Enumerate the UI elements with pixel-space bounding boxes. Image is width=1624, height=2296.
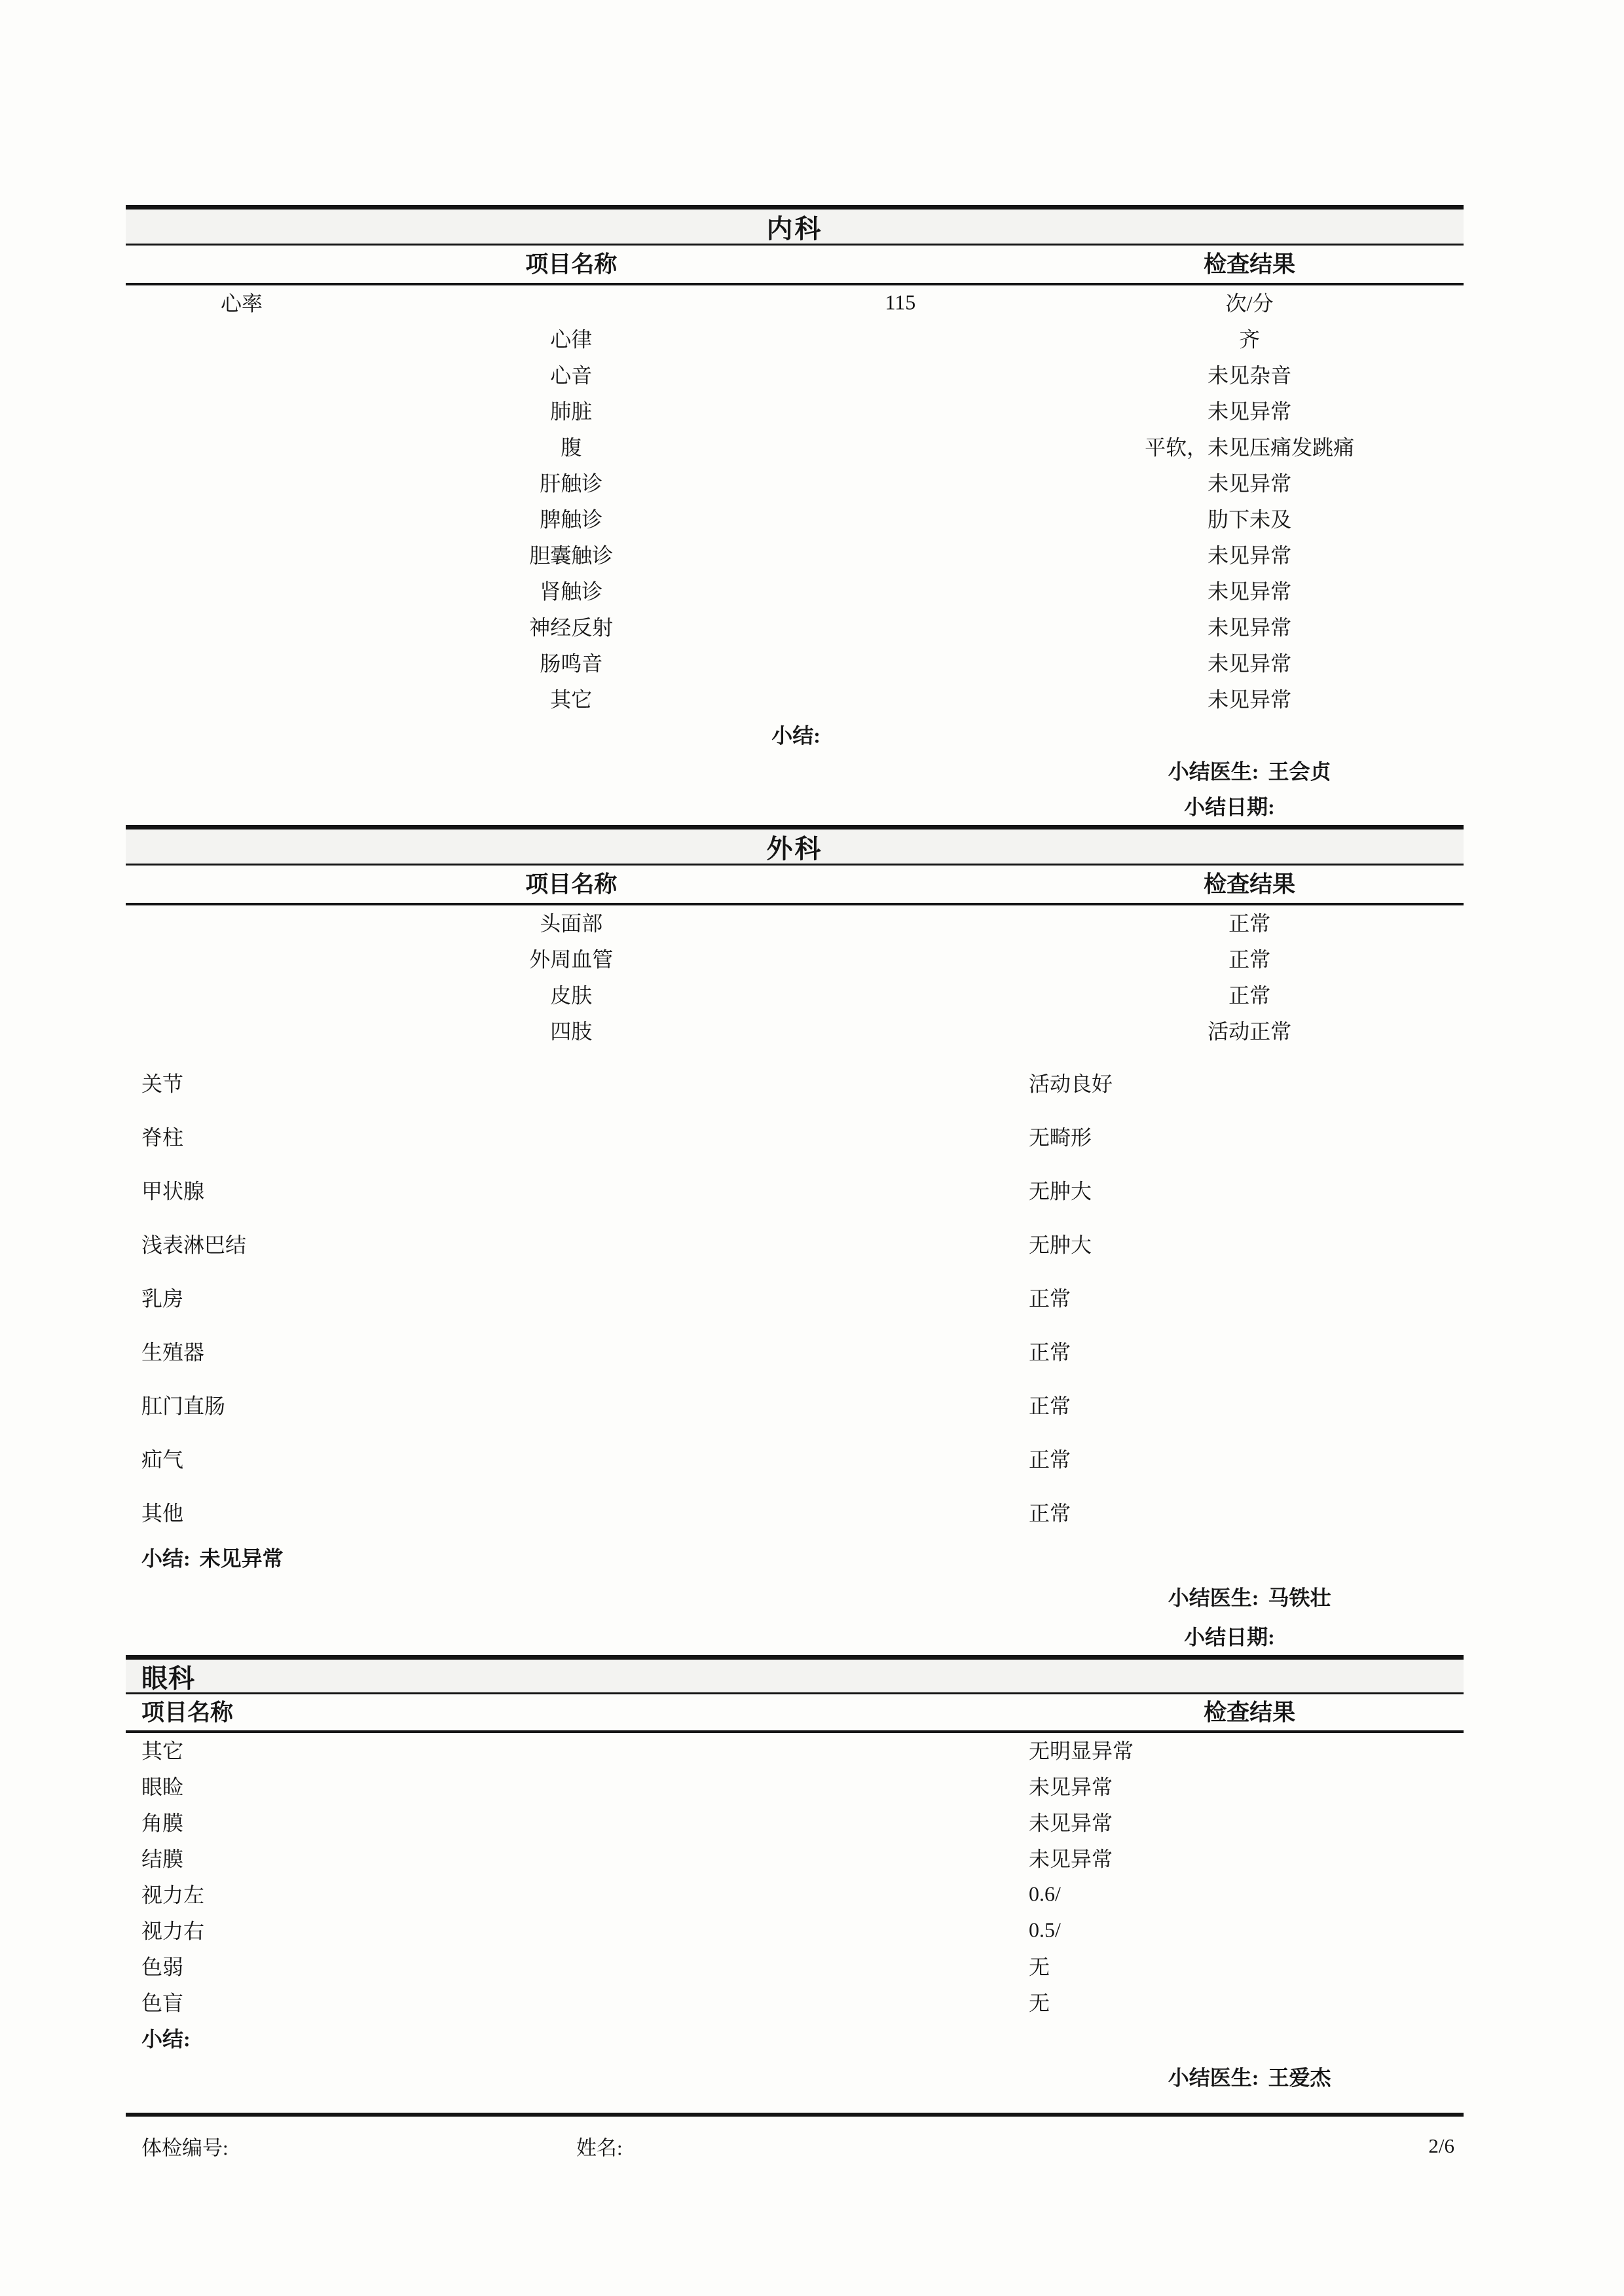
item-name: 心率: [221, 287, 263, 317]
section-title-text: 外科: [767, 828, 823, 866]
item-name: 肝触诊: [540, 467, 602, 497]
table-row: 视力右 0.5/: [126, 1913, 1464, 1949]
item-name: 肠鸣音: [540, 647, 602, 677]
item-name: 甲状腺: [141, 1175, 204, 1205]
summary-doctor-label: 小结医生:: [1168, 1586, 1259, 1610]
table-header-ophthalmology: 项目名称 检查结果: [126, 1694, 1464, 1733]
item-name: 肺脏: [550, 395, 592, 425]
table-row: 肠鸣音 未见异常: [126, 646, 1464, 682]
summary-doctor: 小结医生:王爱杰: [1168, 2062, 1331, 2092]
table-row: 肺脏 未见异常: [126, 393, 1464, 429]
summary-doctor-label: 小结医生:: [1168, 760, 1259, 784]
item-name: 浅表淋巴结: [141, 1229, 246, 1259]
table-row: 心率 115 次/分: [126, 285, 1464, 321]
item-name: 四肢: [550, 1015, 592, 1045]
item-name: 关节: [141, 1068, 183, 1098]
item-result: 未见异常: [1029, 1770, 1113, 1800]
item-name: 其他: [141, 1497, 183, 1527]
summary-date-label: 小结日期:: [1184, 1620, 1275, 1650]
summary-doctor-line: 小结医生:马铁壮: [126, 1577, 1464, 1619]
item-name: 脊柱: [141, 1121, 183, 1152]
table-row: 肝触诊 未见异常: [126, 465, 1464, 501]
item-result: 未见异常: [1029, 1806, 1113, 1836]
item-result: 无肿大: [1029, 1229, 1092, 1259]
item-result: 未见异常: [1029, 1842, 1113, 1872]
medical-report-page: 内科 项目名称 检查结果 心率 115 次/分 心律 齐 心音 未见杂音 肺脏 …: [0, 0, 1624, 2296]
item-result: 正常: [1029, 1336, 1071, 1366]
summary-line: 小结:: [126, 718, 1464, 754]
item-name: 其它: [141, 1734, 183, 1764]
summary-value: 未见异常: [200, 1547, 284, 1571]
table-row: 眼睑 未见异常: [126, 1769, 1464, 1805]
item-result: 无畸形: [1029, 1121, 1092, 1152]
page-number: 2/6: [1428, 2134, 1454, 2158]
table-row: 关节 活动良好: [126, 1057, 1464, 1111]
table-row: 胆囊触诊 未见异常: [126, 538, 1464, 574]
table-row: 肾触诊 未见异常: [126, 574, 1464, 610]
summary-doctor-name: 王会贞: [1268, 760, 1331, 784]
item-name: 肛门直肠: [141, 1390, 225, 1420]
item-result: 未见异常: [1208, 395, 1291, 425]
item-result: 正常: [1029, 1444, 1071, 1474]
table-row: 角膜 未见异常: [126, 1805, 1464, 1841]
exam-number-label: 体检编号:: [141, 2132, 229, 2161]
table-row: 皮肤 正常: [126, 977, 1464, 1013]
item-name: 头面部: [540, 907, 602, 937]
item-name: 腹: [561, 431, 581, 461]
column-header-result: 检查结果: [1204, 246, 1295, 279]
summary-date-label: 小结日期:: [1184, 791, 1275, 821]
summary-line: 小结:未见异常: [126, 1540, 1464, 1577]
table-row: 色弱 无: [126, 1949, 1464, 1985]
item-name: 眼睑: [141, 1770, 183, 1800]
item-name: 心律: [550, 323, 592, 353]
item-result: 正常: [1029, 1497, 1071, 1527]
table-row: 心律 齐: [126, 321, 1464, 357]
table-row: 结膜 未见异常: [126, 1841, 1464, 1877]
table-row: 腹 平软，未见压痛发跳痛: [126, 429, 1464, 465]
table-row: 头面部 正常: [126, 905, 1464, 941]
item-name: 外周血管: [529, 943, 613, 973]
item-result: 未见异常: [1208, 611, 1291, 641]
item-name: 心音: [550, 359, 592, 389]
page-footer: 体检编号: 姓名: 2/6: [126, 2123, 1464, 2169]
summary-date-line: 小结日期:: [126, 790, 1464, 825]
summary-line: 小结:: [126, 2021, 1464, 2058]
item-result: 肋下未及: [1208, 503, 1291, 533]
summary-doctor-name: 王爱杰: [1268, 2066, 1331, 2090]
item-result: 未见异常: [1208, 575, 1291, 605]
item-name: 视力左: [141, 1878, 204, 1908]
table-row: 神经反射 未见异常: [126, 610, 1464, 646]
summary-doctor: 小结医生:王会贞: [1168, 756, 1331, 786]
item-name: 角膜: [141, 1806, 183, 1836]
item-result: 齐: [1239, 323, 1260, 353]
summary-doctor: 小结医生:马铁壮: [1168, 1582, 1331, 1612]
table-row: 肛门直肠 正常: [126, 1379, 1464, 1433]
item-unit: 次/分: [1226, 287, 1274, 317]
table-row: 外周血管 正常: [126, 941, 1464, 977]
table-row: 浅表淋巴结 无肿大: [126, 1218, 1464, 1272]
report-content: 内科 项目名称 检查结果 心率 115 次/分 心律 齐 心音 未见杂音 肺脏 …: [126, 205, 1464, 2169]
item-result: 正常: [1029, 1283, 1071, 1313]
column-header-result: 检查结果: [1204, 1694, 1295, 1727]
table-row: 视力左 0.6/: [126, 1877, 1464, 1913]
item-name: 生殖器: [141, 1336, 204, 1366]
item-result: 无肿大: [1029, 1175, 1092, 1205]
item-result: 正常: [1029, 1390, 1071, 1420]
table-row: 其它 未见异常: [126, 682, 1464, 718]
item-result: 无明显异常: [1029, 1734, 1134, 1764]
item-name: 皮肤: [550, 979, 592, 1009]
item-result: 未见异常: [1208, 539, 1291, 569]
table-row: 乳房 正常: [126, 1272, 1464, 1326]
table-row: 脾触诊 肋下未及: [126, 501, 1464, 538]
name-label: 姓名:: [576, 2132, 623, 2161]
item-name: 结膜: [141, 1842, 183, 1872]
item-result: 无: [1029, 1986, 1050, 2016]
table-row: 脊柱 无畸形: [126, 1111, 1464, 1165]
item-name: 胆囊触诊: [529, 539, 613, 569]
summary-doctor-line: 小结医生:王爱杰: [126, 2058, 1464, 2098]
item-result: 平软，未见压痛发跳痛: [1145, 431, 1354, 461]
item-result: 无: [1029, 1950, 1050, 1980]
summary-doctor-label: 小结医生:: [1168, 2066, 1259, 2090]
table-row: 生殖器 正常: [126, 1326, 1464, 1379]
summary-label: 小结:: [141, 1547, 191, 1571]
table-row: 疝气 正常: [126, 1433, 1464, 1487]
item-name: 乳房: [141, 1283, 183, 1313]
item-name: 色盲: [141, 1986, 183, 2016]
table-row: 其它 无明显异常: [126, 1733, 1464, 1769]
table-row: 其他 正常: [126, 1487, 1464, 1540]
item-result: 活动良好: [1029, 1068, 1113, 1098]
item-result: 未见杂音: [1208, 359, 1291, 389]
item-result: 活动正常: [1208, 1015, 1291, 1045]
summary-label: 小结:: [771, 720, 821, 750]
table-header-internal: 项目名称 检查结果: [126, 246, 1464, 285]
column-header-item: 项目名称: [141, 1694, 233, 1727]
column-header-item: 项目名称: [525, 866, 617, 899]
summary-label: 小结:: [141, 2023, 191, 2053]
item-result: 正常: [1228, 979, 1270, 1009]
section-title-ophthalmology: 眼科: [126, 1655, 1464, 1694]
item-result: 正常: [1228, 943, 1270, 973]
item-name: 肾触诊: [540, 575, 602, 605]
table-row: 甲状腺 无肿大: [126, 1165, 1464, 1218]
table-header-surgery: 项目名称 检查结果: [126, 866, 1464, 905]
item-name: 脾触诊: [540, 503, 602, 533]
section-title-text: 眼科: [141, 1658, 195, 1695]
summary-date-line: 小结日期:: [126, 1619, 1464, 1655]
item-name: 视力右: [141, 1914, 204, 1944]
column-header-result: 检查结果: [1204, 866, 1295, 899]
item-result: 正常: [1228, 907, 1270, 937]
item-result: 未见异常: [1208, 467, 1291, 497]
item-name: 疝气: [141, 1444, 183, 1474]
item-result: 0.5/: [1029, 1918, 1061, 1942]
item-result: 未见异常: [1208, 683, 1291, 713]
footer-divider: [126, 2113, 1464, 2117]
summary-doctor-line: 小结医生:王会贞: [126, 754, 1464, 790]
table-row: 心音 未见杂音: [126, 357, 1464, 393]
column-header-item: 项目名称: [525, 246, 617, 279]
item-result: 0.6/: [1029, 1882, 1061, 1906]
section-title-text: 内科: [767, 208, 823, 246]
summary-with-value: 小结:未见异常: [141, 1542, 284, 1573]
item-name: 色弱: [141, 1950, 183, 1980]
item-name: 其它: [550, 683, 592, 713]
summary-doctor-name: 马铁壮: [1268, 1586, 1331, 1610]
section-title-surgery: 外科: [126, 825, 1464, 866]
item-value: 115: [885, 290, 915, 314]
item-name: 神经反射: [529, 611, 613, 641]
section-title-internal-medicine: 内科: [126, 205, 1464, 246]
table-row: 四肢 活动正常: [126, 1013, 1464, 1049]
item-result: 未见异常: [1208, 647, 1291, 677]
table-row: 色盲 无: [126, 1985, 1464, 2021]
